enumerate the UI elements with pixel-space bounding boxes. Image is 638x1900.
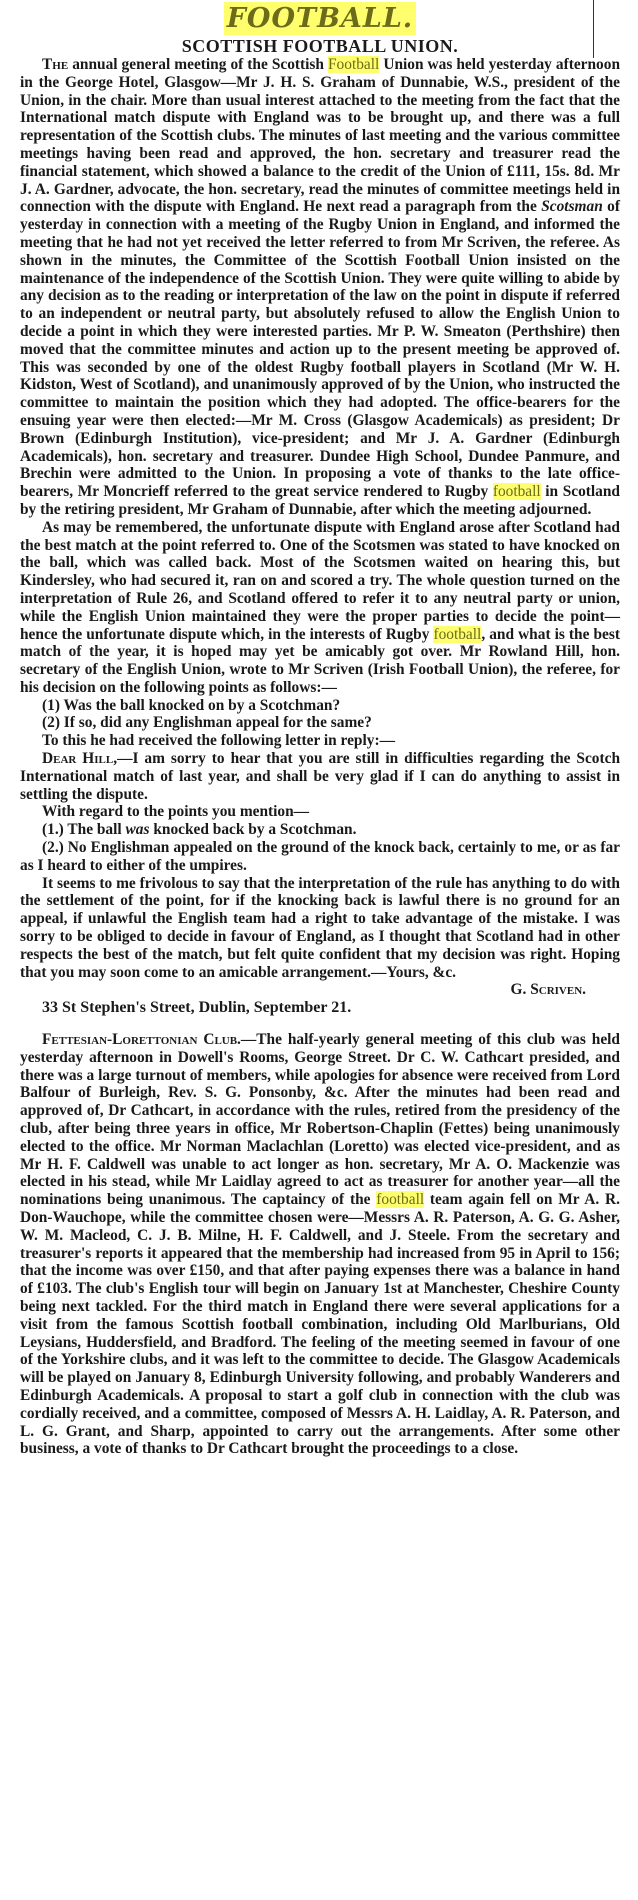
article-scottish-football-union: SCOTTISH FOOTBALL UNION. The annual gene… <box>20 36 620 1017</box>
article-paragraph: As may be remembered, the unfortunate di… <box>20 519 620 697</box>
search-highlight: Football <box>328 56 379 73</box>
question-item: (1) Was the ball knocked on by a Scotchm… <box>20 697 620 715</box>
newspaper-clipping: FOOTBALL. SCOTTISH FOOTBALL UNION. The a… <box>20 0 620 1458</box>
answer-item: (2.) No Englishman appealed on the groun… <box>20 839 620 875</box>
article-paragraph: The annual general meeting of the Scotti… <box>20 56 620 519</box>
letter-paragraph: It seems to me frivolous to say that the… <box>20 875 620 982</box>
search-highlight: football <box>433 626 481 643</box>
letter-salutation: Dear Hill, <box>42 750 117 767</box>
search-highlight: football <box>493 483 541 500</box>
publication-name: Scotsman <box>541 198 603 215</box>
letter-paragraph: Dear Hill,—I am sorry to hear that you a… <box>20 750 620 803</box>
page-title: FOOTBALL. <box>224 2 416 35</box>
question-item: (2) If so, did any Englishman appeal for… <box>20 714 620 732</box>
letter-dateline: 33 St Stephen's Street, Dublin, Septembe… <box>20 999 620 1017</box>
letter-paragraph: With regard to the points you mention— <box>20 803 620 821</box>
section-gap <box>20 1017 620 1031</box>
article-heading: SCOTTISH FOOTBALL UNION. <box>20 36 620 56</box>
article-fettesian-lorettonian-club: Fettesian-Lorettonian Club.—The half-yea… <box>20 1031 620 1458</box>
article-heading: Fettesian-Lorettonian Club. <box>42 1031 241 1048</box>
letter-signature: G. Scriven. <box>20 981 620 999</box>
answer-item: (1.) The ball was knocked back by a Scot… <box>20 821 620 839</box>
page-title-wrap: FOOTBALL. <box>20 0 620 36</box>
article-paragraph: Fettesian-Lorettonian Club.—The half-yea… <box>20 1031 620 1458</box>
reply-intro: To this he had received the following le… <box>20 732 620 750</box>
search-highlight: football <box>376 1191 424 1208</box>
lead-word: The <box>42 56 68 73</box>
